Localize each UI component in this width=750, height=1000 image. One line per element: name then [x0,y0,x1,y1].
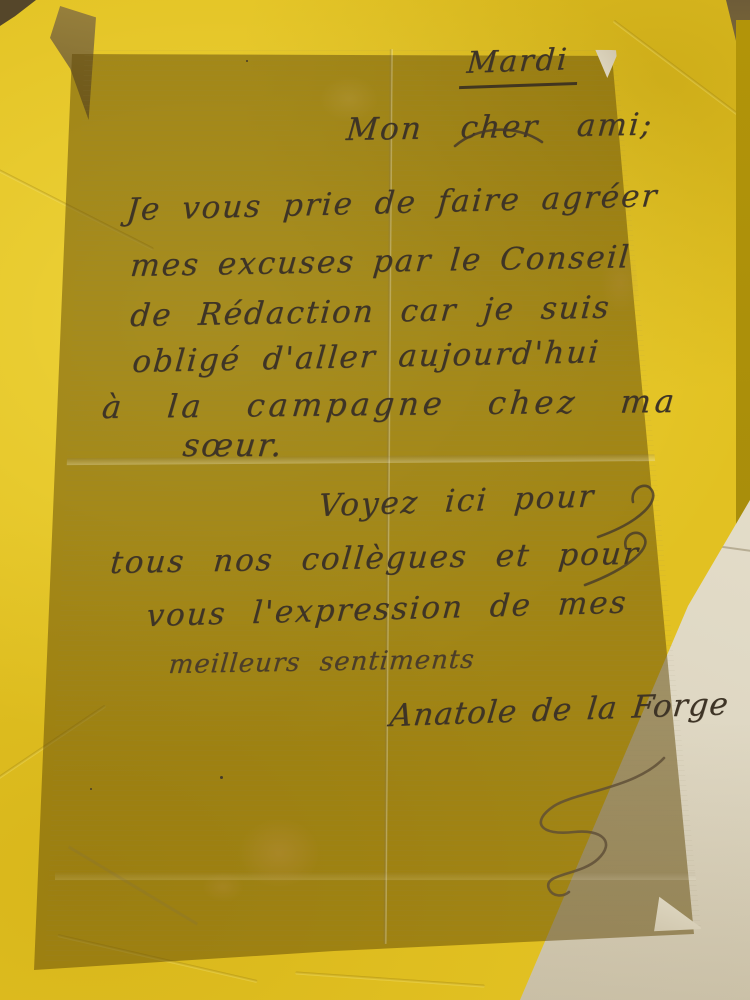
letter-photo: Mardi Mon cher ami; Je vous prie de fair… [0,0,750,1000]
letter-body-line: sœur. [181,426,286,464]
paper-stain [202,872,244,902]
paper-stain [238,818,320,888]
letter-closing-line: meilleurs sentiments [167,645,476,680]
letter-heading: Mardi [459,42,580,89]
ink-speck [90,788,92,790]
letter-salutation: Mon cher ami; [345,107,655,148]
ink-speck [246,60,248,62]
ink-speck [220,776,223,779]
letter-body-line: à la campagne chez ma [100,382,679,426]
fold-line-horizontal [55,872,705,880]
